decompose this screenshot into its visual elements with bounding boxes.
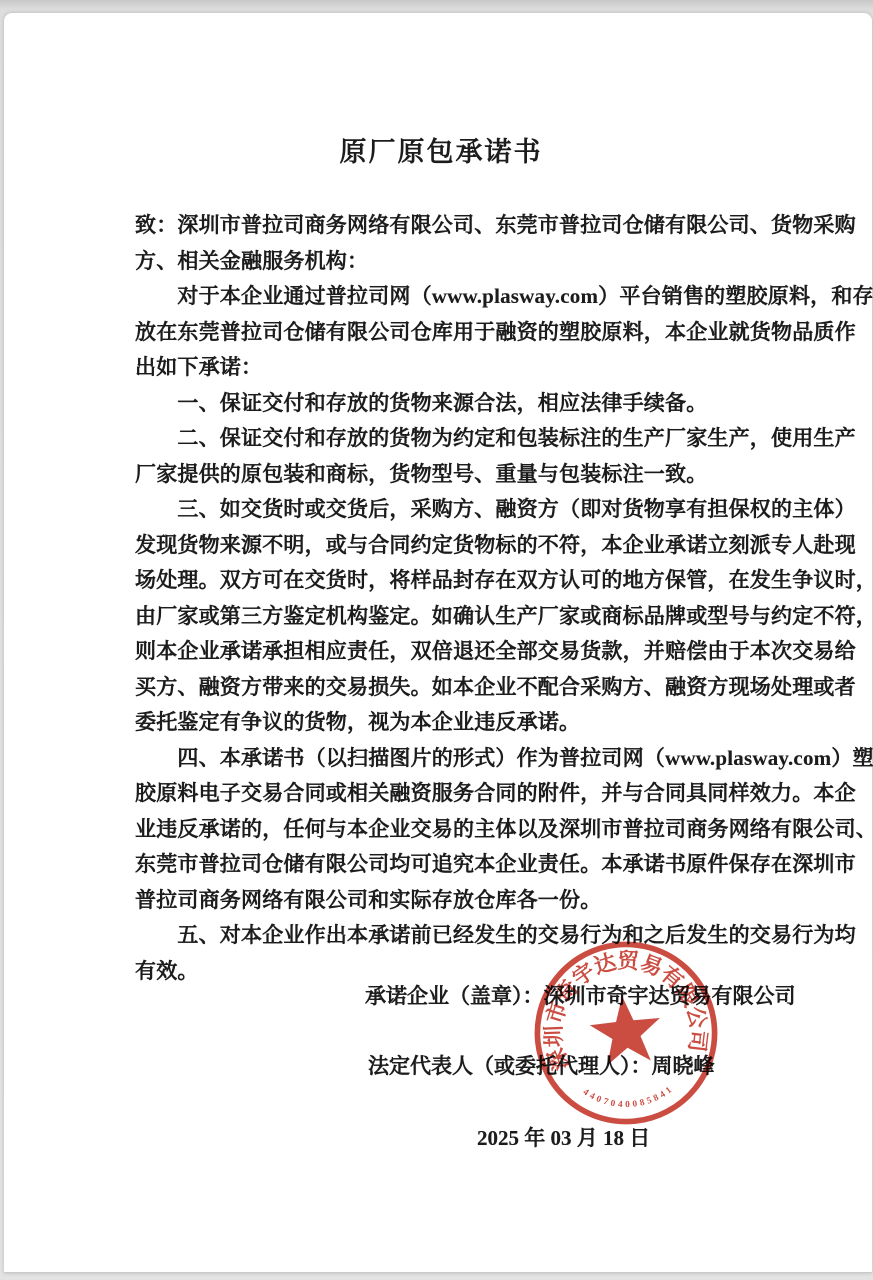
body-line: 三、如交货时或交货后，采购方、融资方（即对货物享有担保权的主体） (135, 492, 775, 528)
body-line: 四、本承诺书（以扫描图片的形式）作为普拉司网（www.plasway.com）塑 (135, 741, 775, 777)
body-line: 厂家提供的原包装和商标，货物型号、重量与包装标注一致。 (135, 457, 775, 493)
body-line: 买方、融资方带来的交易损失。如本企业不配合采购方、融资方现场处理或者 (135, 670, 775, 706)
body-line: 委托鉴定有争议的货物，视为本企业违反承诺。 (135, 705, 775, 741)
signature-date-line: 2025 年 03 月 18 日 (477, 1122, 650, 1152)
body-line: 二、保证交付和存放的货物为约定和包装标注的生产厂家生产，使用生产 (135, 421, 775, 457)
body-line: 普拉司商务网络有限公司和实际存放仓库各一份。 (135, 883, 775, 919)
svg-text:4407040085841: 4407040085841 (580, 1078, 676, 1115)
body-line: 对于本企业通过普拉司网（www.plasway.com）平台销售的塑胶原料，和存 (135, 279, 775, 315)
document-title: 原厂原包承诺书 (135, 130, 747, 169)
body-line: 致：深圳市普拉司商务网络有限公司、东莞市普拉司仓储有限公司、货物采购 (135, 208, 775, 244)
body-line: 胶原料电子交易合同或相关融资服务合同的附件，并与合同具同样效力。本企 (135, 776, 775, 812)
body-line: 由厂家或第三方鉴定机构鉴定。如确认生产厂家或商标品牌或型号与约定不符， (135, 599, 775, 635)
body-line: 方、相关金融服务机构： (135, 244, 775, 280)
signature-company-line: 承诺企业（盖章）：深圳市奇宇达贸易有限公司 (365, 980, 796, 1010)
body-line: 五、对本企业作出本承诺前已经发生的交易行为和之后发生的交易行为均 (135, 918, 775, 954)
body-line: 一、保证交付和存放的货物来源合法，相应法律手续备。 (135, 386, 775, 422)
document-page: 原厂原包承诺书 致：深圳市普拉司商务网络有限公司、东莞市普拉司仓储有限公司、货物… (4, 13, 872, 1273)
body-line: 则本企业承诺承担相应责任，双倍退还全部交易货款，并赔偿由于本次交易给 (135, 634, 775, 670)
body-line: 场处理。双方可在交货时，将样品封存在双方认可的地方保管，在发生争议时， (135, 563, 775, 599)
body-line: 发现货物来源不明，或与合同约定货物标的不符，本企业承诺立刻派专人赴现 (135, 528, 775, 564)
seal-code-text: 4407040085841 (580, 1078, 676, 1115)
body-line: 业违反承诺的，任何与本企业交易的主体以及深圳市普拉司商务网络有限公司、 (135, 812, 775, 848)
signature-representative-line: 法定代表人（或委托代理人）：周晓峰 (368, 1050, 715, 1080)
document-body: 致：深圳市普拉司商务网络有限公司、东莞市普拉司仓储有限公司、货物采购方、相关金融… (135, 208, 775, 989)
body-line: 东莞市普拉司仓储有限公司均可追究本企业责任。本承诺书原件保存在深圳市 (135, 847, 775, 883)
body-line: 放在东莞普拉司仓储有限公司仓库用于融资的塑胶原料，本企业就货物品质作 (135, 315, 775, 351)
body-line: 出如下承诺： (135, 350, 775, 386)
